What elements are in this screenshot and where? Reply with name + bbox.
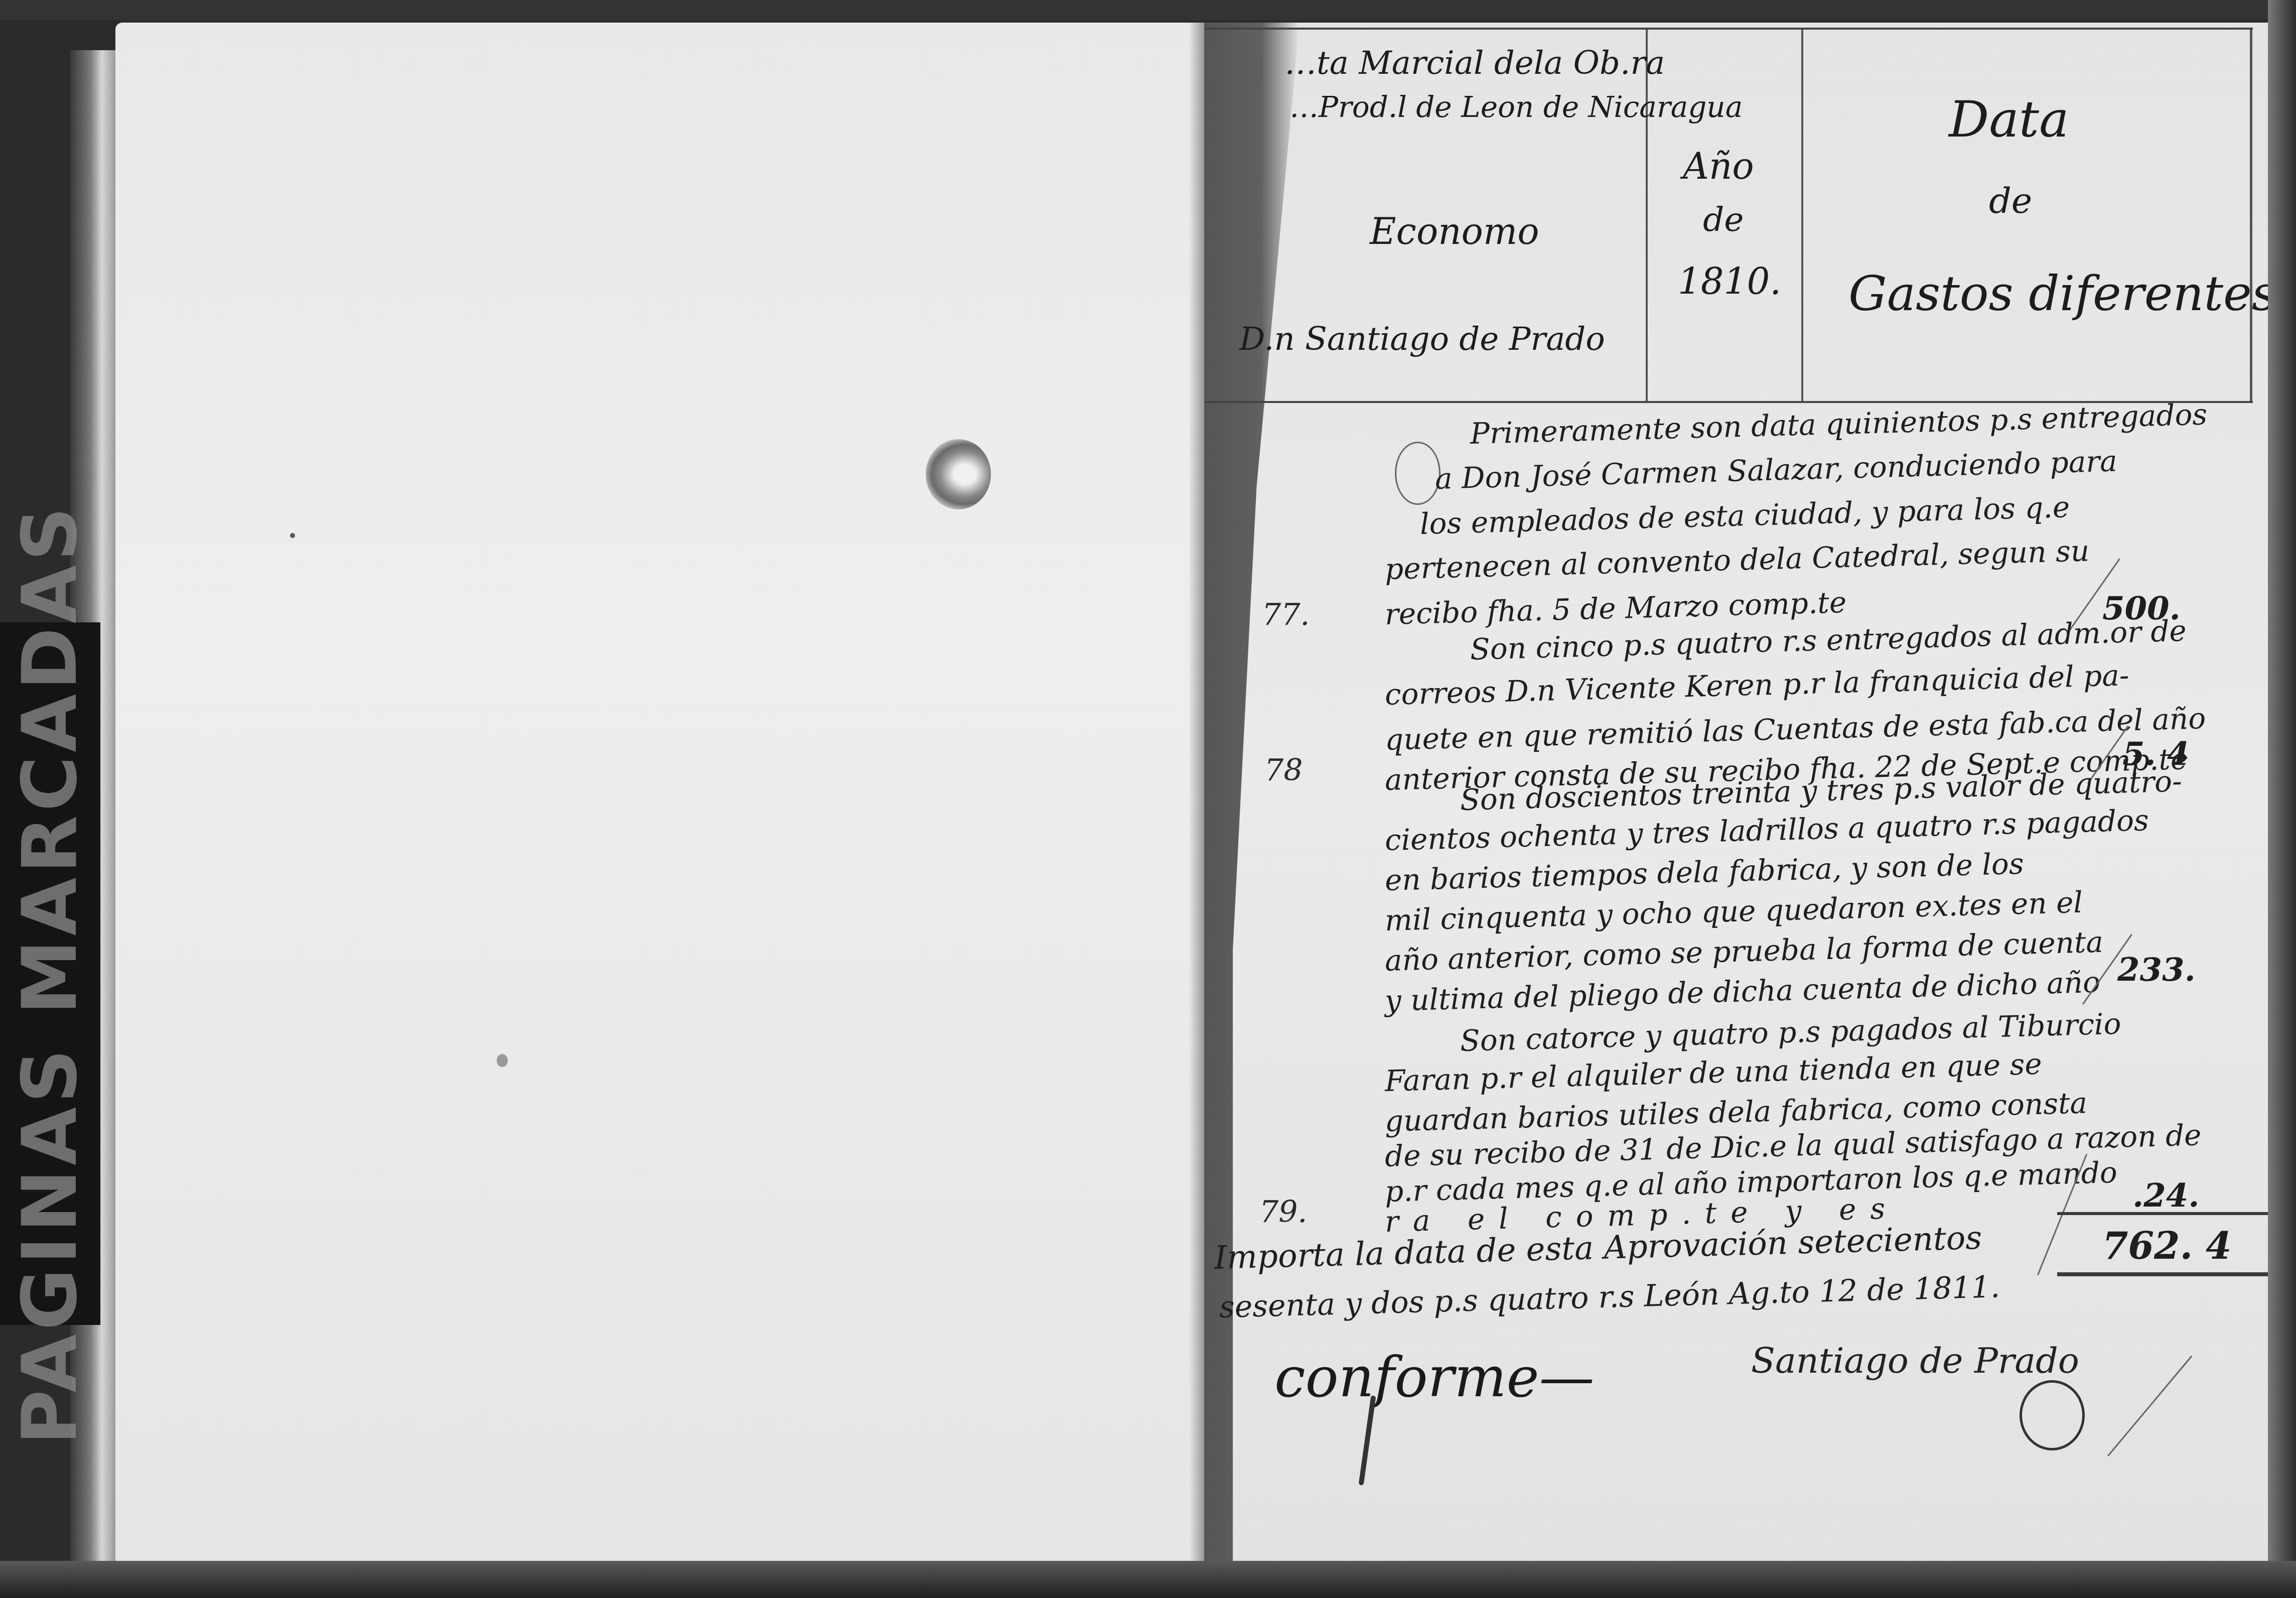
sum-rule-bottom	[2057, 1272, 2273, 1276]
header-account-line4: D.n Santiago de Prado	[1239, 321, 1605, 358]
header-year-value: 1810.	[1678, 260, 1781, 303]
header-cell-year: Año de 1810.	[1648, 30, 1803, 401]
spine-label: PAGINAS MARCADAS	[0, 622, 100, 1325]
entry-margin-mark	[1395, 442, 1441, 505]
ink-stain	[926, 439, 991, 509]
left-page	[115, 23, 1204, 1568]
spine-label-text: PAGINAS MARCADAS	[7, 503, 94, 1445]
header-data-label: Data	[1949, 90, 2069, 149]
ledger-header-table: …ta Marcial dela Ob.ra …Prod.l de Leon d…	[1204, 28, 2253, 403]
conforme-annotation: conforme—	[1274, 1345, 1595, 1409]
header-account-line3: Economo	[1370, 210, 1539, 252]
paper-speck	[497, 1054, 508, 1067]
sum-rule-top	[2057, 1212, 2273, 1215]
entry-4-ref: 79.	[1259, 1194, 1307, 1230]
signature-rubric	[2020, 1380, 2085, 1450]
header-cell-account: …ta Marcial dela Ob.ra …Prod.l de Leon d…	[1204, 30, 1648, 401]
header-account-line1: …ta Marcial dela Ob.ra	[1284, 45, 1665, 82]
signature: Santiago de Prado	[1751, 1340, 2079, 1381]
header-data-title: Gastos diferentes	[1848, 265, 2276, 322]
total-amount: 762. 4	[2102, 1225, 2231, 1268]
entry-4-amount: .24.	[2132, 1177, 2200, 1215]
book-edge-right	[2268, 0, 2296, 1598]
entry-3-amount: 233.	[2117, 951, 2196, 989]
paper-speck	[290, 533, 295, 538]
entry-2-ref: 78	[1264, 753, 1303, 788]
film-frame-bottom	[0, 1561, 2296, 1598]
entry-1-ref: 77.	[1262, 597, 1310, 632]
header-data-de: de	[1989, 180, 2032, 221]
header-year-label: Año	[1683, 145, 1754, 187]
header-cell-description: Data de Gastos diferentes	[1803, 30, 2252, 401]
film-frame-top	[0, 0, 2296, 20]
header-year-de: de	[1703, 200, 1744, 239]
